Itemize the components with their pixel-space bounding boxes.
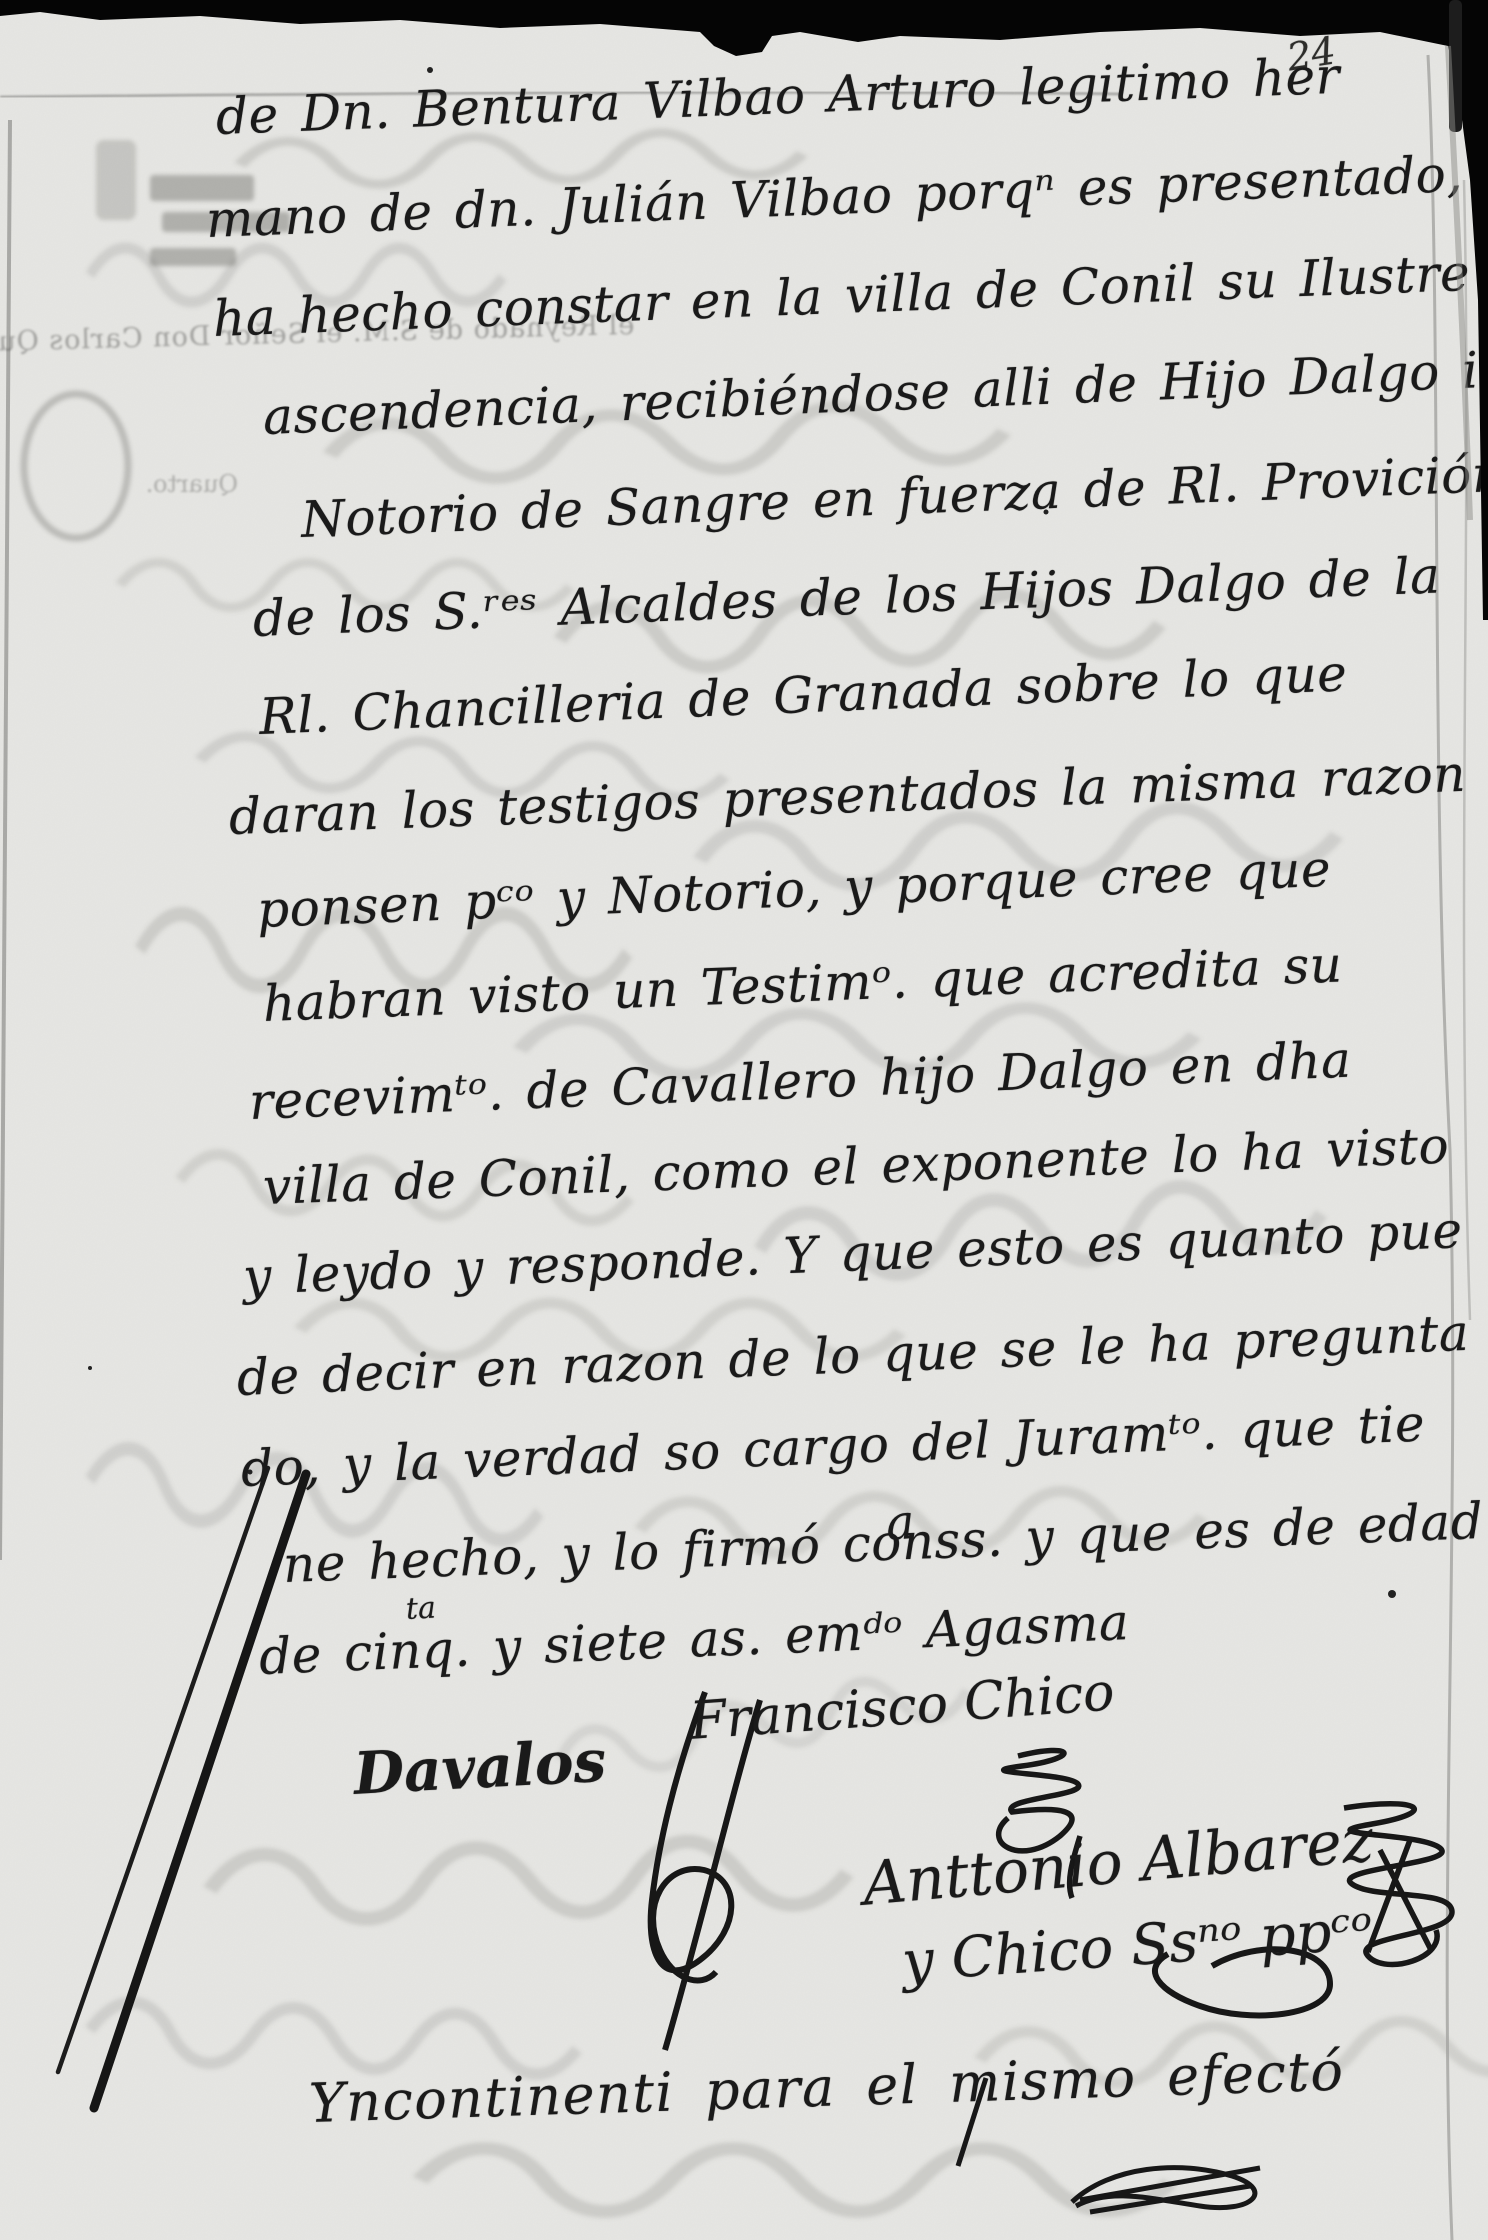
torn-scan-edge xyxy=(0,0,1488,2240)
scanned-manuscript-page: el Reynado de S.M. el Señor Don Carlos Q… xyxy=(0,0,1488,2240)
